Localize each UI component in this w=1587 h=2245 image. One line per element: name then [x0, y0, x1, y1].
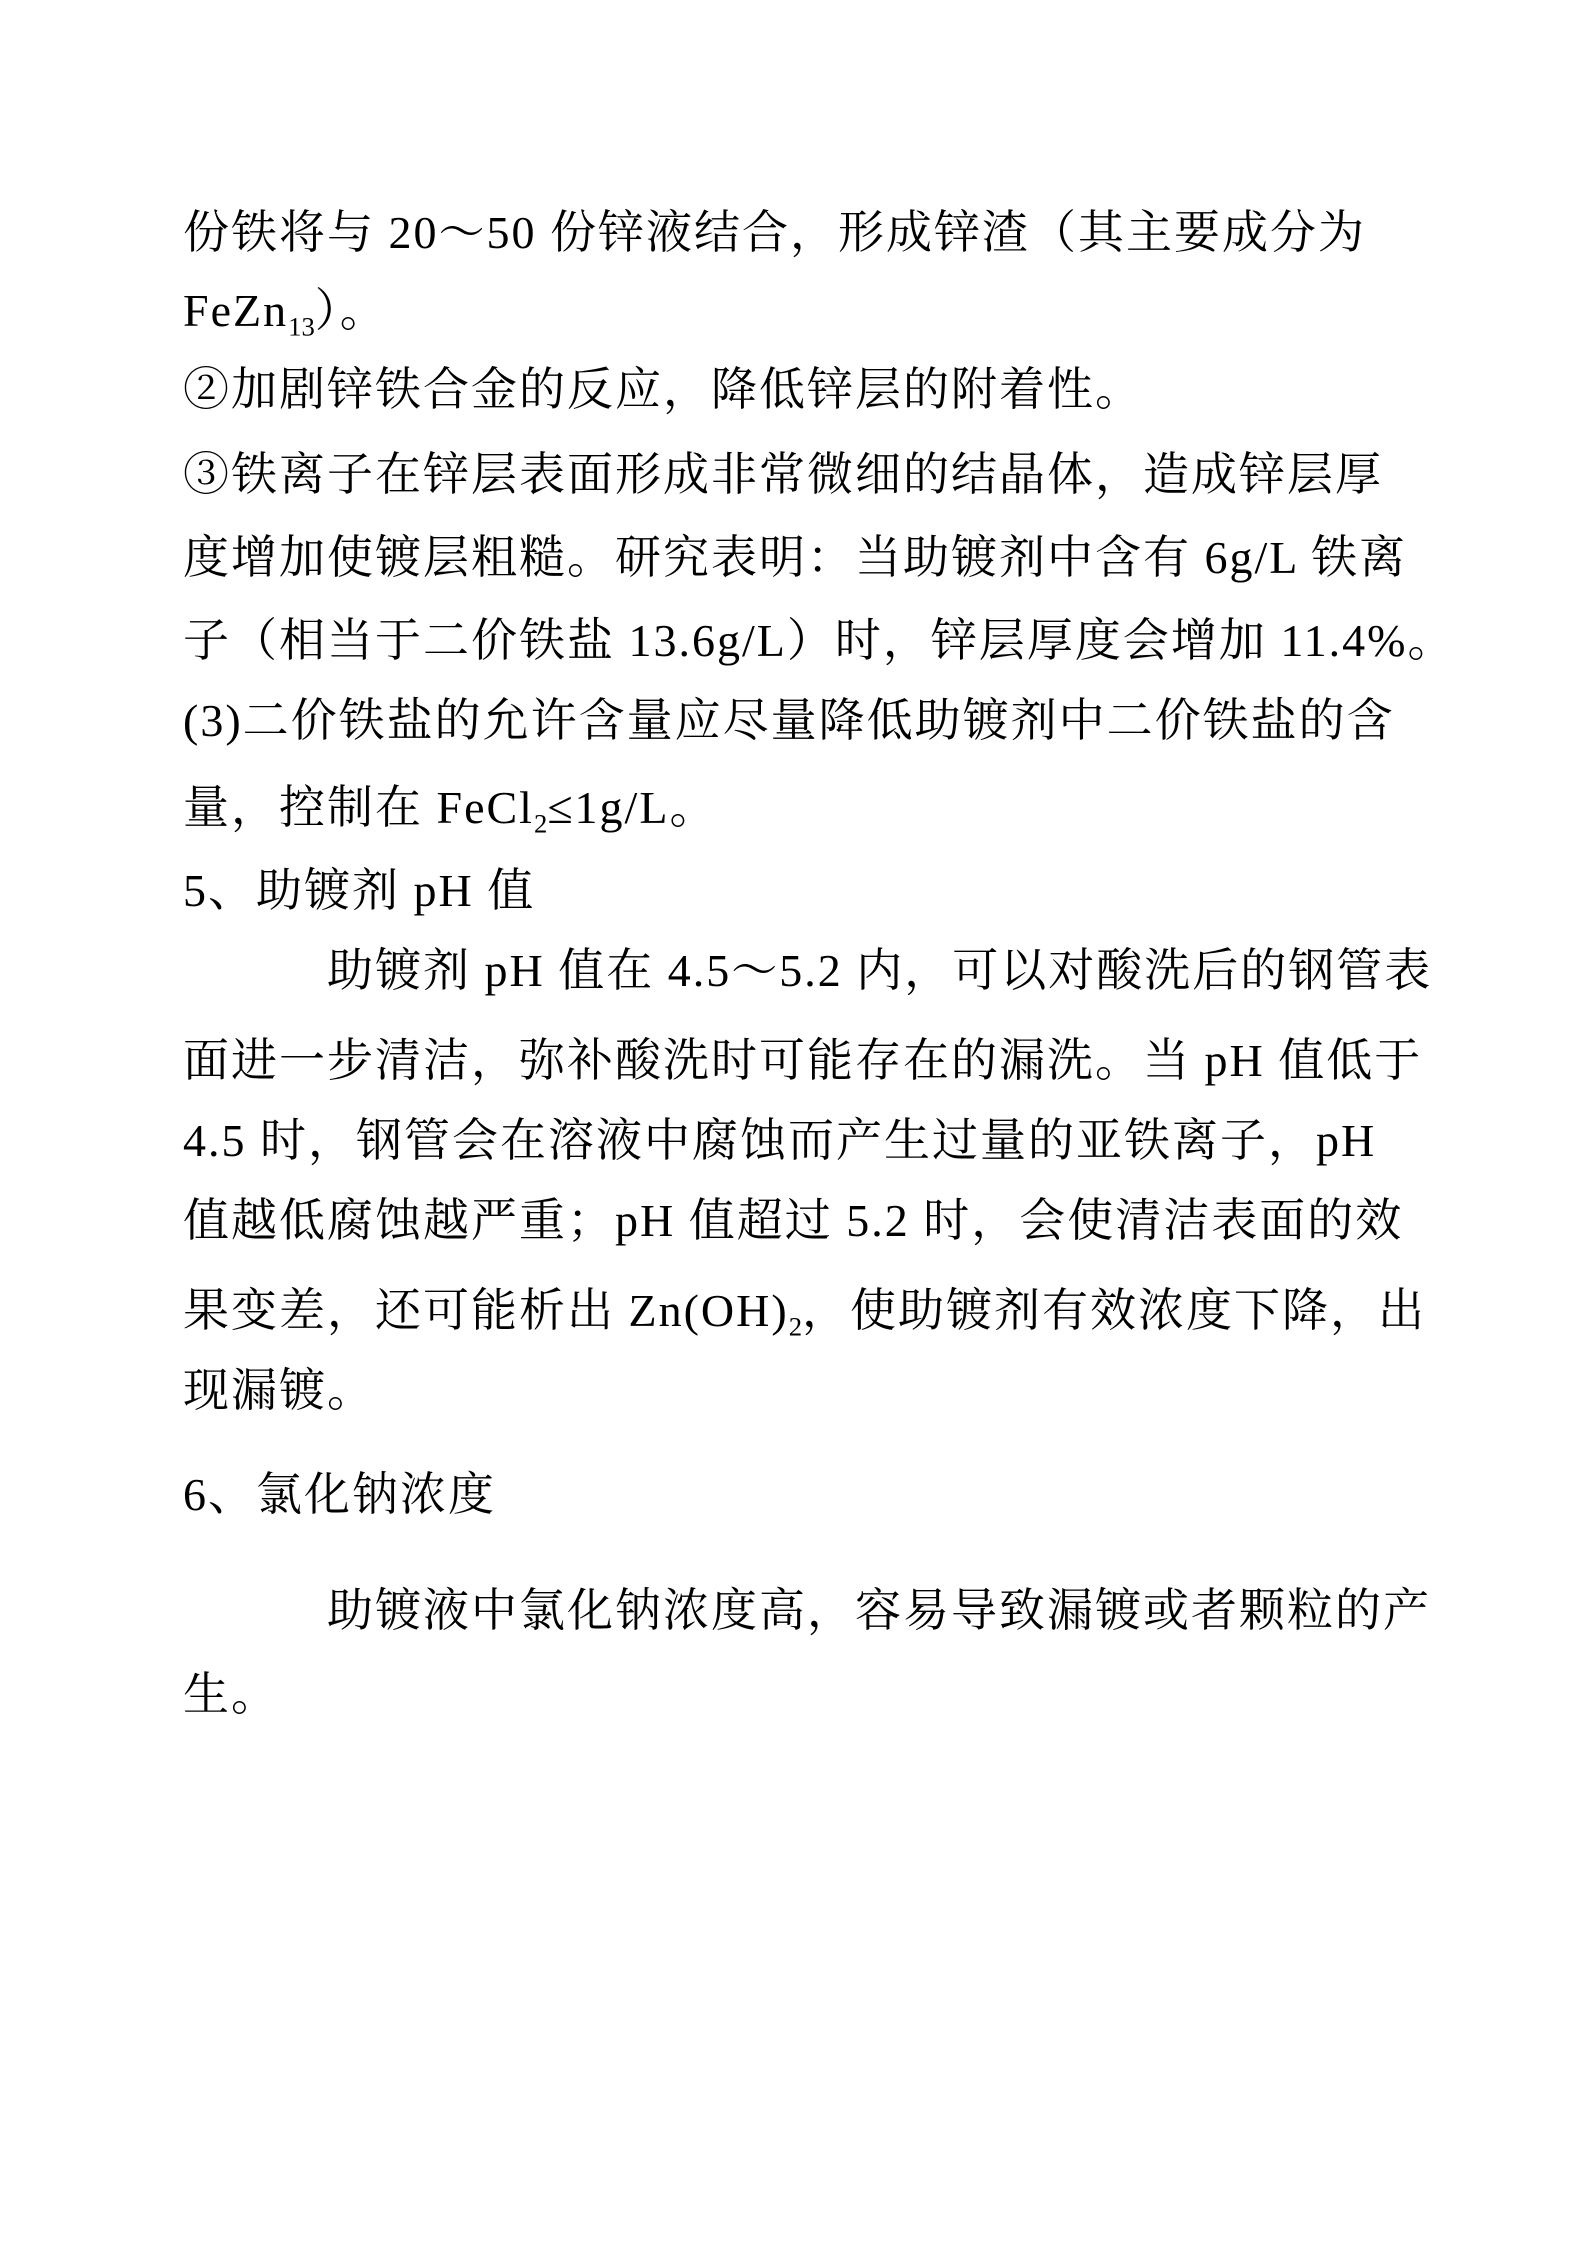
text-segment: 4.5 时，钢管会在溶液中腐蚀而产生过量的亚铁离子，pH — [183, 1115, 1376, 1166]
body-line: FeZn13）。 — [183, 283, 388, 339]
section-heading: 6、氯化钠浓度 — [183, 1467, 496, 1523]
body-line: 份铁将与 20～50 份锌液结合，形成锌渣（其主要成分为 — [183, 205, 1366, 261]
body-line: 4.5 时，钢管会在溶液中腐蚀而产生过量的亚铁离子，pH — [183, 1113, 1376, 1169]
text-segment: ③铁离子在锌层表面形成非常微细的结晶体，造成锌层厚 — [183, 449, 1383, 500]
body-line: ②加剧锌铁合金的反应，降低锌层的附着性。 — [183, 362, 1143, 418]
body-line: 现漏镀。 — [183, 1363, 375, 1419]
body-line: ③铁离子在锌层表面形成非常微细的结晶体，造成锌层厚 — [183, 447, 1383, 503]
subscript-text: 13 — [288, 311, 315, 341]
text-segment: 6、氯化钠浓度 — [183, 1469, 496, 1520]
body-line: (3)二价铁盐的允许含量应尽量降低助镀剂中二价铁盐的含 — [183, 693, 1395, 749]
text-segment: ，使助镀剂有效浓度下降，出 — [802, 1285, 1426, 1336]
text-segment: ②加剧锌铁合金的反应，降低锌层的附着性。 — [183, 364, 1143, 415]
body-line: 生。 — [183, 1667, 279, 1723]
text-segment: 子（相当于二价铁盐 13.6g/L）时，锌层厚度会增加 11.4%。 — [183, 615, 1456, 666]
text-segment: 生。 — [183, 1669, 279, 1720]
body-line: 面进一步清洁，弥补酸洗时可能存在的漏洗。当 pH 值低于 — [183, 1033, 1422, 1089]
text-segment: 量，控制在 FeCl — [183, 782, 534, 833]
text-segment: 面进一步清洁，弥补酸洗时可能存在的漏洗。当 pH 值低于 — [183, 1035, 1422, 1086]
text-segment: ）。 — [315, 285, 388, 336]
text-segment: 度增加使镀层粗糙。研究表明：当助镀剂中含有 6g/L 铁离 — [183, 532, 1407, 583]
body-line: 量，控制在 FeCl2≤1g/L。 — [183, 780, 717, 836]
text-segment: 果变差，还可能析出 Zn(OH) — [183, 1285, 789, 1336]
body-line: 度增加使镀层粗糙。研究表明：当助镀剂中含有 6g/L 铁离 — [183, 530, 1407, 586]
subscript-text: 2 — [789, 1311, 802, 1341]
text-segment: (3)二价铁盐的允许含量应尽量降低助镀剂中二价铁盐的含 — [183, 695, 1395, 746]
body-line: 果变差，还可能析出 Zn(OH)2，使助镀剂有效浓度下降，出 — [183, 1283, 1426, 1339]
text-segment: ≤1g/L。 — [547, 782, 717, 833]
subscript-text: 2 — [534, 808, 547, 838]
text-segment: 5、助镀剂 pH 值 — [183, 865, 535, 916]
text-segment: 份铁将与 20～50 份锌液结合，形成锌渣（其主要成分为 — [183, 207, 1366, 258]
text-segment: 值越低腐蚀越严重；pH 值超过 5.2 时，会使清洁表面的效 — [183, 1195, 1403, 1246]
body-line: 助镀液中氯化钠浓度高，容易导致漏镀或者颗粒的产 — [327, 1583, 1431, 1639]
body-line: 子（相当于二价铁盐 13.6g/L）时，锌层厚度会增加 11.4%。 — [183, 613, 1456, 669]
document-page: 份铁将与 20～50 份锌液结合，形成锌渣（其主要成分为FeZn13）。②加剧锌… — [0, 0, 1587, 2245]
text-segment: 助镀剂 pH 值在 4.5～5.2 内，可以对酸洗后的钢管表 — [327, 945, 1432, 996]
text-segment: FeZn — [183, 285, 288, 336]
text-segment: 现漏镀。 — [183, 1365, 375, 1416]
text-segment: 助镀液中氯化钠浓度高，容易导致漏镀或者颗粒的产 — [327, 1585, 1431, 1636]
body-line: 助镀剂 pH 值在 4.5～5.2 内，可以对酸洗后的钢管表 — [327, 943, 1432, 999]
body-line: 值越低腐蚀越严重；pH 值超过 5.2 时，会使清洁表面的效 — [183, 1193, 1403, 1249]
section-heading: 5、助镀剂 pH 值 — [183, 863, 535, 919]
